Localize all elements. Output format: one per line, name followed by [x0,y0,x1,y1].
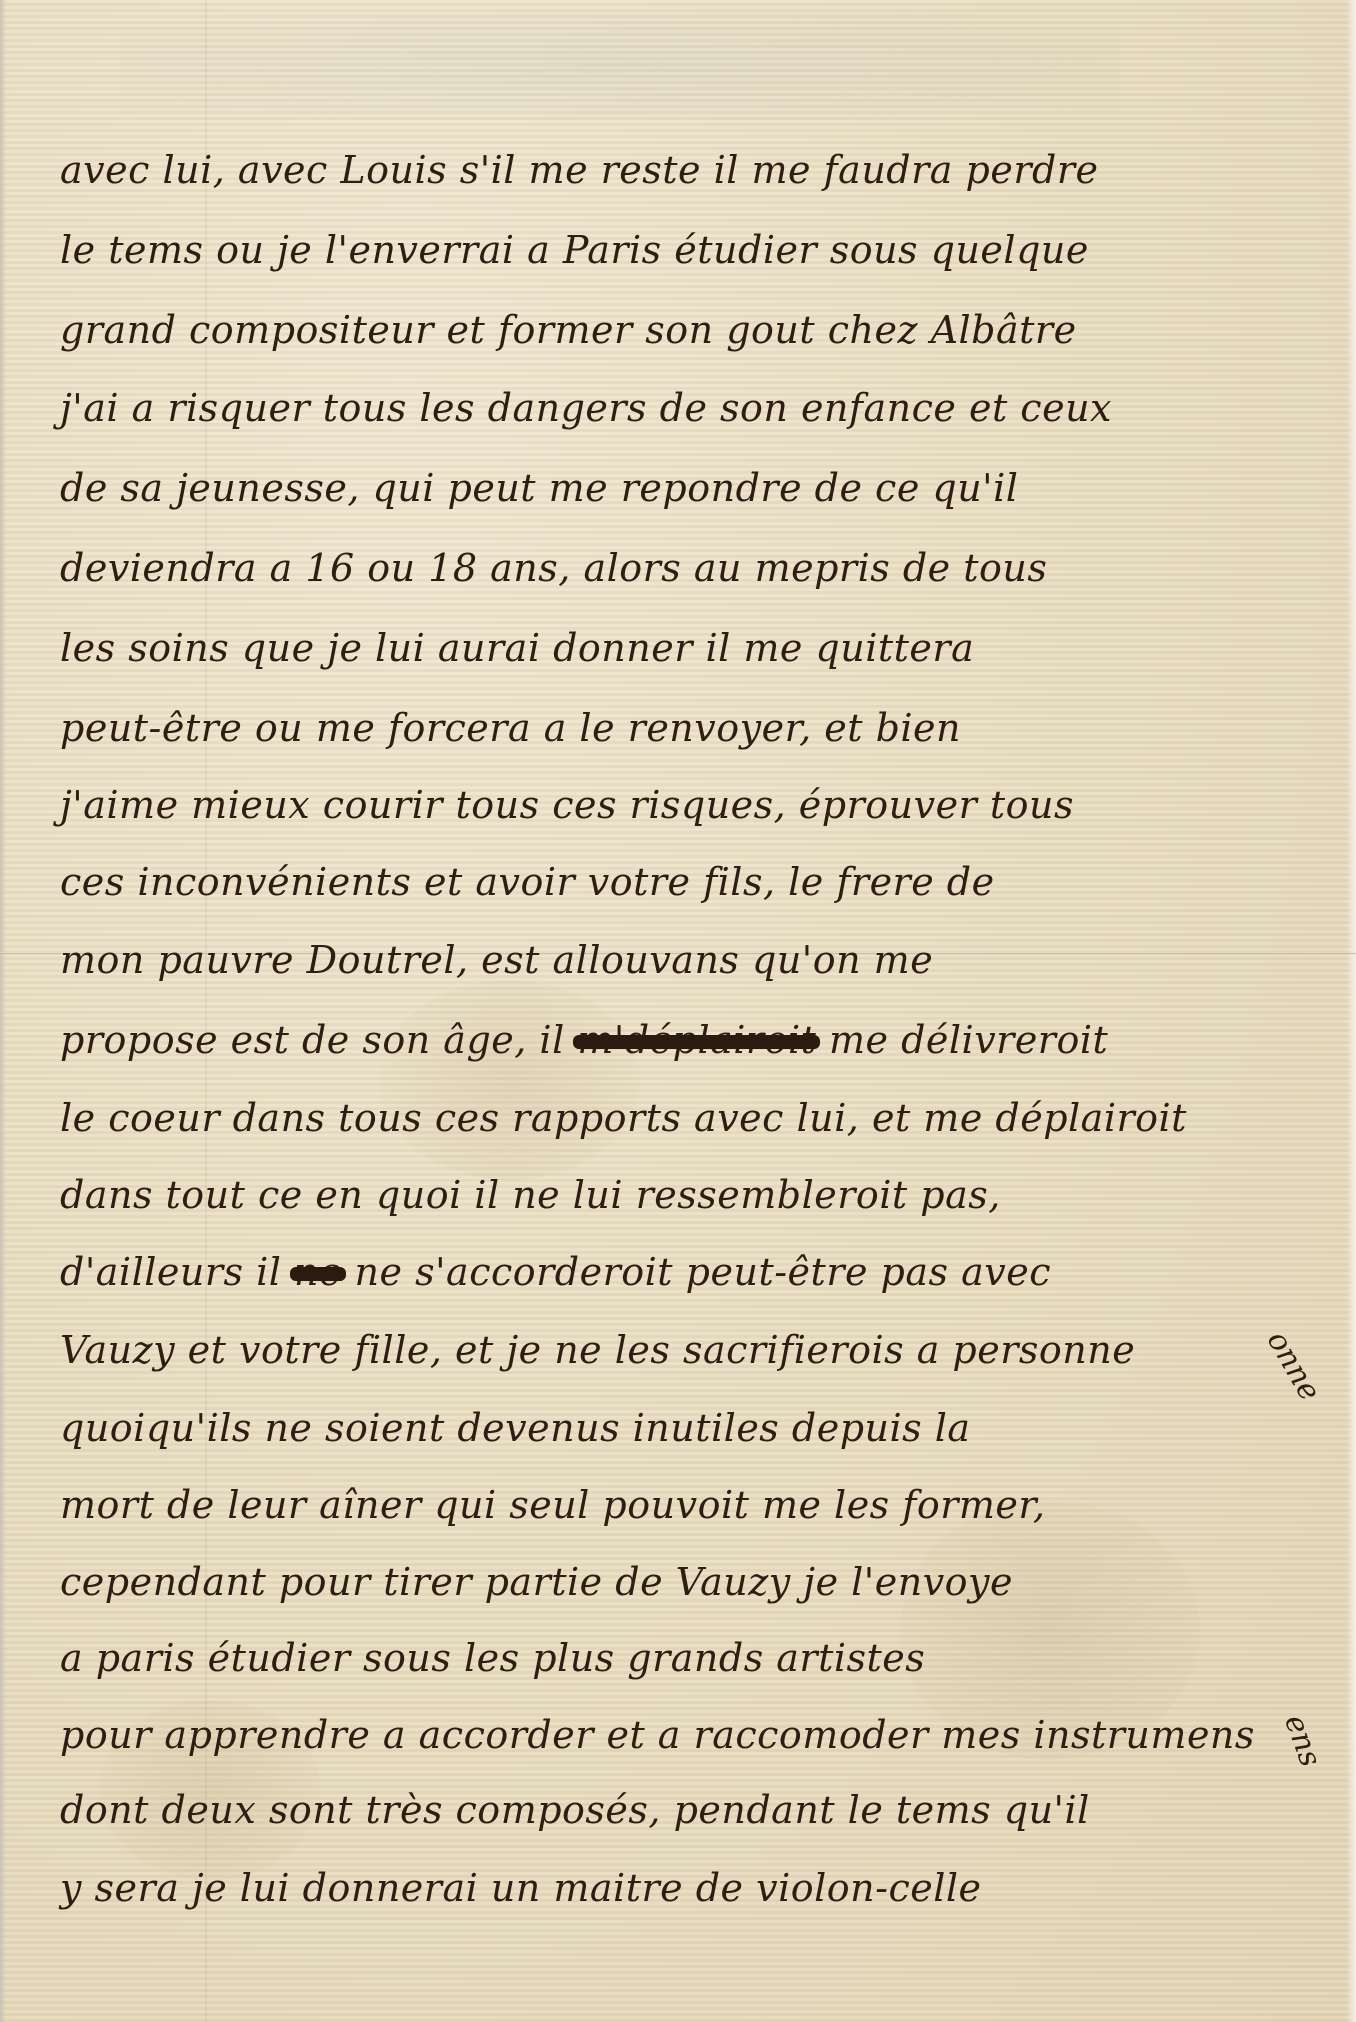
handwriting-line-13: le coeur dans tous ces rapports avec lui… [60,1096,1187,1140]
handwriting-line-18: mort de leur aîner qui seul pouvoit me l… [60,1483,1045,1527]
handwriting-line-3: grand compositeur et former son gout che… [60,308,1077,352]
struck-out-word: ne [294,1250,342,1294]
handwriting-line-9: j'aime mieux courir tous ces risques, ép… [60,783,1074,827]
margin-note-1: onne [1260,1325,1328,1407]
handwriting-line-23: y sera je lui donnerai un maitre de viol… [60,1866,982,1910]
margin-note-2: ens [1277,1710,1328,1771]
handwriting-line-22: dont deux sont très composés, pendant le… [60,1788,1090,1832]
paper-left-edge [0,0,6,2022]
handwriting-line-12: propose est de son âge, il m'déplairoit … [60,1018,1108,1062]
handwriting-line-11: mon pauvre Doutrel, est allouvans qu'on … [60,938,933,982]
struck-out-word: m'déplairoit [577,1018,816,1062]
handwriting-line-17: quoiqu'ils ne soient devenus inutiles de… [60,1406,971,1450]
line-text-after: me délivreroit [816,1018,1108,1062]
line-text-before: d'ailleurs il [60,1250,281,1294]
handwriting-line-21: pour apprendre a accorder et a raccomode… [60,1713,1255,1757]
handwriting-line-15: d'ailleurs il ne ne s'accorderoit peut-ê… [60,1250,1051,1294]
paper-stain [380,980,640,1180]
handwriting-line-7: les soins que je lui aurai donner il me … [60,626,974,670]
paper-right-edge [1346,0,1356,2022]
handwriting-line-8: peut-être ou me forcera a le renvoyer, e… [60,706,961,750]
handwriting-line-6: deviendra a 16 ou 18 ans, alors au mepri… [60,546,1047,590]
line-text-before: propose est de son âge, il [60,1018,565,1062]
manuscript-page: avec lui, avec Louis s'il me reste il me… [0,0,1356,2022]
handwriting-line-14: dans tout ce en quoi il ne lui ressemble… [60,1173,1001,1217]
handwriting-line-20: a paris étudier sous les plus grands art… [60,1636,925,1680]
handwriting-line-16: Vauzy et votre fille, et je ne les sacri… [60,1328,1135,1372]
handwriting-line-1: avec lui, avec Louis s'il me reste il me… [60,148,1099,192]
handwriting-line-2: le tems ou je l'enverrai a Paris étudier… [60,228,1089,272]
handwriting-line-4: j'ai a risquer tous les dangers de son e… [60,386,1112,430]
line-text-after: ne s'accorderoit peut-être pas avec [342,1250,1051,1294]
ink-bleed-through [120,10,1120,120]
handwriting-line-10: ces inconvénients et avoir votre fils, l… [60,860,995,904]
handwriting-line-19: cependant pour tirer partie de Vauzy je … [60,1560,1013,1604]
handwriting-line-5: de sa jeunesse, qui peut me repondre de … [60,466,1018,510]
